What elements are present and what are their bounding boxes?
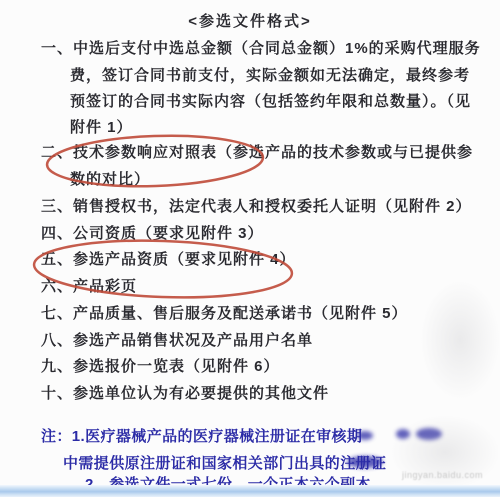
watermark: jingyan.baidu.com bbox=[402, 470, 483, 480]
window-edge bbox=[0, 485, 500, 497]
text-line: 费，签订合同书前支付，实际金额如无法确定，最终参考 bbox=[70, 67, 470, 85]
text-line: 二、技术参数响应对照表（参选产品的技术参数或与已提供参 bbox=[41, 144, 473, 162]
text-line: 五、参选产品资质（要求见附件 4） bbox=[41, 251, 296, 269]
text-line: 注：1.医疗器械产品的医疗器械注册证在审核期 bbox=[41, 428, 362, 446]
document-page: <参选文件格式> 一、中选后支付中选总金额（合同总金额）1%的采购代理服务费，签… bbox=[0, 0, 500, 497]
text-line: 中需提供原注册证和国家相关部门出具的注册证 bbox=[63, 455, 386, 473]
text-line: 六、产品彩页 bbox=[41, 278, 137, 296]
text-line: 四、公司资质（要求见附件 3） bbox=[41, 225, 264, 243]
text-line: 八、参选产品销售状况及产品用户名单 bbox=[41, 332, 313, 350]
text-line: 一、中选后支付中选总金额（合同总金额）1%的采购代理服务 bbox=[41, 40, 481, 58]
ink-smudge bbox=[347, 456, 383, 468]
document-title: <参选文件格式> bbox=[0, 10, 500, 31]
text-line: 数的对比） bbox=[70, 171, 150, 189]
ink-smudge bbox=[396, 429, 410, 439]
text-line: 三、销售授权书，法定代表人和授权委托人证明（见附件 2） bbox=[41, 198, 472, 216]
text-line: 七、产品质量、售后服务及配送承诺书（见附件 5） bbox=[41, 305, 408, 323]
ink-smudge bbox=[416, 428, 442, 440]
scan-noise bbox=[420, 280, 500, 400]
text-line: 预签订的合同书实际内容（包括签约年限和总数量）。（见 bbox=[70, 93, 471, 111]
text-line: 九、参选报价一览表（见附件 6） bbox=[41, 358, 280, 376]
text-line: 十、参选单位认为有必要提供的其他文件 bbox=[41, 385, 329, 403]
text-line: 附件 1） bbox=[70, 119, 133, 137]
ink-smudge bbox=[357, 431, 373, 440]
